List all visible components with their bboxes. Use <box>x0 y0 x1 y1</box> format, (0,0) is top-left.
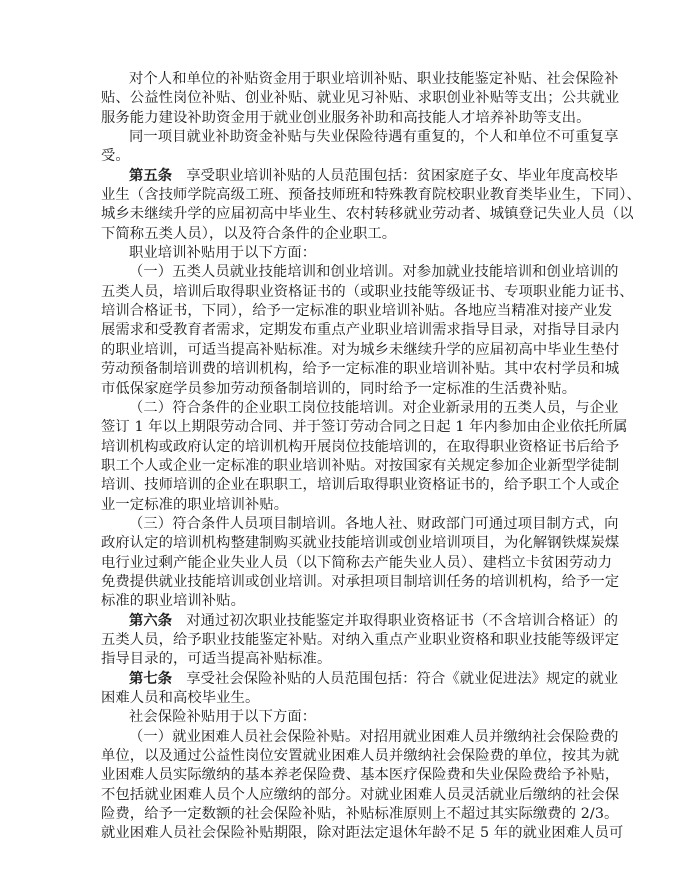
line-text: 单位，以及通过公益性岗位安置就业困难人员并缴纳社会保险费的单位，按其为就 <box>101 748 619 764</box>
line-text: 受。 <box>101 148 130 164</box>
line-text: （三）符合条件人员项目制培训。各地人社、财政部门可通过项目制方式，向 <box>129 516 619 532</box>
line-text: 展需求和受教育者需求，定期发布重点产业职业培训需求指导目录，对指导目录内 <box>101 322 619 338</box>
line-text: 培训、技师培训的企业在职职工，培训后取得职业资格证书的，给予职工个人或企 <box>101 477 619 493</box>
line-text: 下简称五类人员），以及符合条件的企业职工。 <box>101 226 396 242</box>
text-line: 培训合格证书，下同），给予一定标准的职业培训补贴。各地应当精准对接产业发 <box>101 302 579 321</box>
text-line: 劳动预备制培训费的培训机构，给予一定标准的职业培训补贴。其中农村学员和城 <box>101 360 579 379</box>
text-line: （二）符合条件的企业职工岗位技能培训。对企业新录用的五类人员，与企业 <box>101 399 579 418</box>
line-text: 服务能力建设补助资金用于就业创业服务补助和高技能人才培养补助等支出。 <box>101 110 591 126</box>
text-line: 展需求和受教育者需求，定期发布重点产业职业培训需求指导目录，对指导目录内 <box>101 321 579 340</box>
line-text: 五类人员，给予职业技能鉴定补贴。对纳入重点产业职业资格和职业技能等级评定 <box>101 632 619 648</box>
text-line: 受。 <box>101 147 579 166</box>
line-text: （一）就业困难人员社会保险补贴。对招用就业困难人员并缴纳社会保险费的 <box>129 729 619 745</box>
text-line: 培训、技师培训的企业在职职工，培训后取得职业资格证书的，给予职工个人或企 <box>101 476 579 495</box>
text-line: （一）就业困难人员社会保险补贴。对招用就业困难人员并缴纳社会保险费的 <box>101 728 579 747</box>
text-line: 城乡未继续升学的应届初高中毕业生、农村转移就业劳动者、城镇登记失业人员（以 <box>101 205 579 224</box>
document-page: 对个人和单位的补贴资金用于职业培训补贴、职业技能鉴定补贴、社会保险补贴、公益性岗… <box>101 70 579 844</box>
line-text: 培训合格证书，下同），给予一定标准的职业培训补贴。各地应当精准对接产业发 <box>101 303 612 319</box>
article-heading: 第七条 <box>129 671 172 687</box>
text-line: 业一定标准的职业培训补贴。 <box>101 496 579 515</box>
text-line: 签订 1 年以上期限劳动合同、并于签订劳动合同之日起 1 年内参加由企业依托所属 <box>101 418 579 437</box>
text-line: 对个人和单位的补贴资金用于职业培训补贴、职业技能鉴定补贴、社会保险补 <box>101 70 579 89</box>
text-line: 单位，以及通过公益性岗位安置就业困难人员并缴纳社会保险费的单位，按其为就 <box>101 747 579 766</box>
text-line: 标准的职业培训补贴。 <box>101 592 579 611</box>
text-line: （三）符合条件人员项目制培训。各地人社、财政部门可通过项目制方式，向 <box>101 515 579 534</box>
line-text: 培训机构或政府认定的培训机构开展岗位技能培训的，在取得职业资格证书后给予 <box>101 439 619 455</box>
text-line: 服务能力建设补助资金用于就业创业服务补助和高技能人才培养补助等支出。 <box>101 109 579 128</box>
line-text: 社会保险补贴用于以下方面： <box>129 709 316 725</box>
text-line: 电行业过剩产能企业失业人员（以下简称去产能失业人员）、建档立卡贫困劳动力 <box>101 554 579 573</box>
text-line: 职业培训补贴用于以下方面： <box>101 244 579 263</box>
line-text: 五类人员，培训后取得职业资格证书的（或职业技能等级证书、专项职业能力证书、 <box>101 284 634 300</box>
article-heading: 第五条 <box>129 168 172 184</box>
text-line: 就业困难人员社会保险补贴期限，除对距法定退休年龄不足 5 年的就业困难人员可 <box>101 824 579 843</box>
line-text: 职工个人或企业一定标准的职业培训补贴。对按国家有关规定参加企业新型学徒制 <box>101 458 619 474</box>
text-line: 不包括就业困难人员个人应缴纳的部分。对就业困难人员灵活就业后缴纳的社会保 <box>101 786 579 805</box>
text-line: 困难人员和高校毕业生。 <box>101 689 579 708</box>
article-line: 第六条对通过初次职业技能鉴定并取得职业资格证书（不含培训合格证）的 <box>101 612 579 631</box>
line-text: 就业困难人员社会保险补贴期限，除对距法定退休年龄不足 5 年的就业困难人员可 <box>101 825 623 841</box>
line-text: 职业培训补贴用于以下方面： <box>129 245 316 261</box>
line-text: 享受社会保险补贴的人员范围包括：符合《就业促进法》规定的就业 <box>186 671 618 687</box>
line-text: 城乡未继续升学的应届初高中毕业生、农村转移就业劳动者、城镇登记失业人员（以 <box>101 206 634 222</box>
line-text: 业一定标准的职业培训补贴。 <box>101 497 288 513</box>
text-line: 免费提供就业技能培训或创业培训。对承担项目制培训任务的培训机构，给予一定 <box>101 573 579 592</box>
text-line: 同一项目就业补助资金补贴与失业保险待遇有重复的，个人和单位不可重复享 <box>101 128 579 147</box>
line-text: 同一项目就业补助资金补贴与失业保险待遇有重复的，个人和单位不可重复享 <box>129 129 619 145</box>
line-text: 贴、公益性岗位补贴、创业补贴、就业见习补贴、求职创业补贴等支出；公共就业 <box>101 90 619 106</box>
line-text: （二）符合条件的企业职工岗位技能培训。对企业新录用的五类人员，与企业 <box>129 400 619 416</box>
line-text: 劳动预备制培训费的培训机构，给予一定标准的职业培训补贴。其中农村学员和城 <box>101 361 619 377</box>
line-text: 市低保家庭学员参加劳动预备制培训的，同时给予一定标准的生活费补贴。 <box>101 381 576 397</box>
line-text: 电行业过剩产能企业失业人员（以下简称去产能失业人员）、建档立卡贫困劳动力 <box>101 555 612 571</box>
text-line: （一）五类人员就业技能培训和创业培训。对参加就业技能培训和创业培训的 <box>101 263 579 282</box>
line-text: 困难人员和高校毕业生。 <box>101 690 259 706</box>
text-line: 五类人员，培训后取得职业资格证书的（或职业技能等级证书、专项职业能力证书、 <box>101 283 579 302</box>
text-line: 政府认定的培训机构整建制购买就业技能培训或创业培训项目，为化解钢铁煤炭煤 <box>101 534 579 553</box>
line-text: 签订 1 年以上期限劳动合同、并于签订劳动合同之日起 1 年内参加由企业依托所属 <box>101 419 627 435</box>
text-line: 职工个人或企业一定标准的职业培训补贴。对按国家有关规定参加企业新型学徒制 <box>101 457 579 476</box>
article-line: 第七条享受社会保险补贴的人员范围包括：符合《就业促进法》规定的就业 <box>101 670 579 689</box>
text-line: 业生（含技师学院高级工班、预备技师班和特殊教育院校职业教育类毕业生，下同）、 <box>101 186 579 205</box>
text-line: 社会保险补贴用于以下方面： <box>101 708 579 727</box>
line-text: 对通过初次职业技能鉴定并取得职业资格证书（不含培训合格证）的 <box>186 613 618 629</box>
article-line: 第五条享受职业培训补贴的人员范围包括：贫困家庭子女、毕业年度高校毕 <box>101 167 579 186</box>
line-text: 政府认定的培训机构整建制购买就业技能培训或创业培训项目，为化解钢铁煤炭煤 <box>101 535 619 551</box>
line-text: 的职业培训，可适当提高补贴标准。对为城乡未继续升学的应届初高中毕业生垫付 <box>101 342 619 358</box>
line-text: 业困难人员实际缴纳的基本养老保险费、基本医疗保险费和失业保险费给予补贴， <box>101 767 619 783</box>
text-line: 培训机构或政府认定的培训机构开展岗位技能培训的，在取得职业资格证书后给予 <box>101 438 579 457</box>
text-line: 指导目录的，可适当提高补贴标准。 <box>101 650 579 669</box>
line-text: 不包括就业困难人员个人应缴纳的部分。对就业困难人员灵活就业后缴纳的社会保 <box>101 787 619 803</box>
text-line: 险费，给予一定数额的社会保险补贴，补贴标准原则上不超过其实际缴费的 2/3。 <box>101 805 579 824</box>
article-heading: 第六条 <box>129 613 172 629</box>
line-text: 业生（含技师学院高级工班、预备技师班和特殊教育院校职业教育类毕业生，下同）、 <box>101 187 641 203</box>
text-line: 的职业培训，可适当提高补贴标准。对为城乡未继续升学的应届初高中毕业生垫付 <box>101 341 579 360</box>
text-line: 下简称五类人员），以及符合条件的企业职工。 <box>101 225 579 244</box>
line-text: 指导目录的，可适当提高补贴标准。 <box>101 651 331 667</box>
line-text: 险费，给予一定数额的社会保险补贴，补贴标准原则上不超过其实际缴费的 2/3。 <box>101 806 618 822</box>
line-text: 享受职业培训补贴的人员范围包括：贫困家庭子女、毕业年度高校毕 <box>186 168 618 184</box>
line-text: （一）五类人员就业技能培训和创业培训。对参加就业技能培训和创业培训的 <box>129 264 619 280</box>
line-text: 免费提供就业技能培训或创业培训。对承担项目制培训任务的培训机构，给予一定 <box>101 574 619 590</box>
line-text: 标准的职业培训补贴。 <box>101 593 245 609</box>
text-line: 五类人员，给予职业技能鉴定补贴。对纳入重点产业职业资格和职业技能等级评定 <box>101 631 579 650</box>
text-line: 市低保家庭学员参加劳动预备制培训的，同时给予一定标准的生活费补贴。 <box>101 380 579 399</box>
text-line: 业困难人员实际缴纳的基本养老保险费、基本医疗保险费和失业保险费给予补贴， <box>101 766 579 785</box>
line-text: 对个人和单位的补贴资金用于职业培训补贴、职业技能鉴定补贴、社会保险补 <box>129 71 619 87</box>
text-line: 贴、公益性岗位补贴、创业补贴、就业见习补贴、求职创业补贴等支出；公共就业 <box>101 89 579 108</box>
